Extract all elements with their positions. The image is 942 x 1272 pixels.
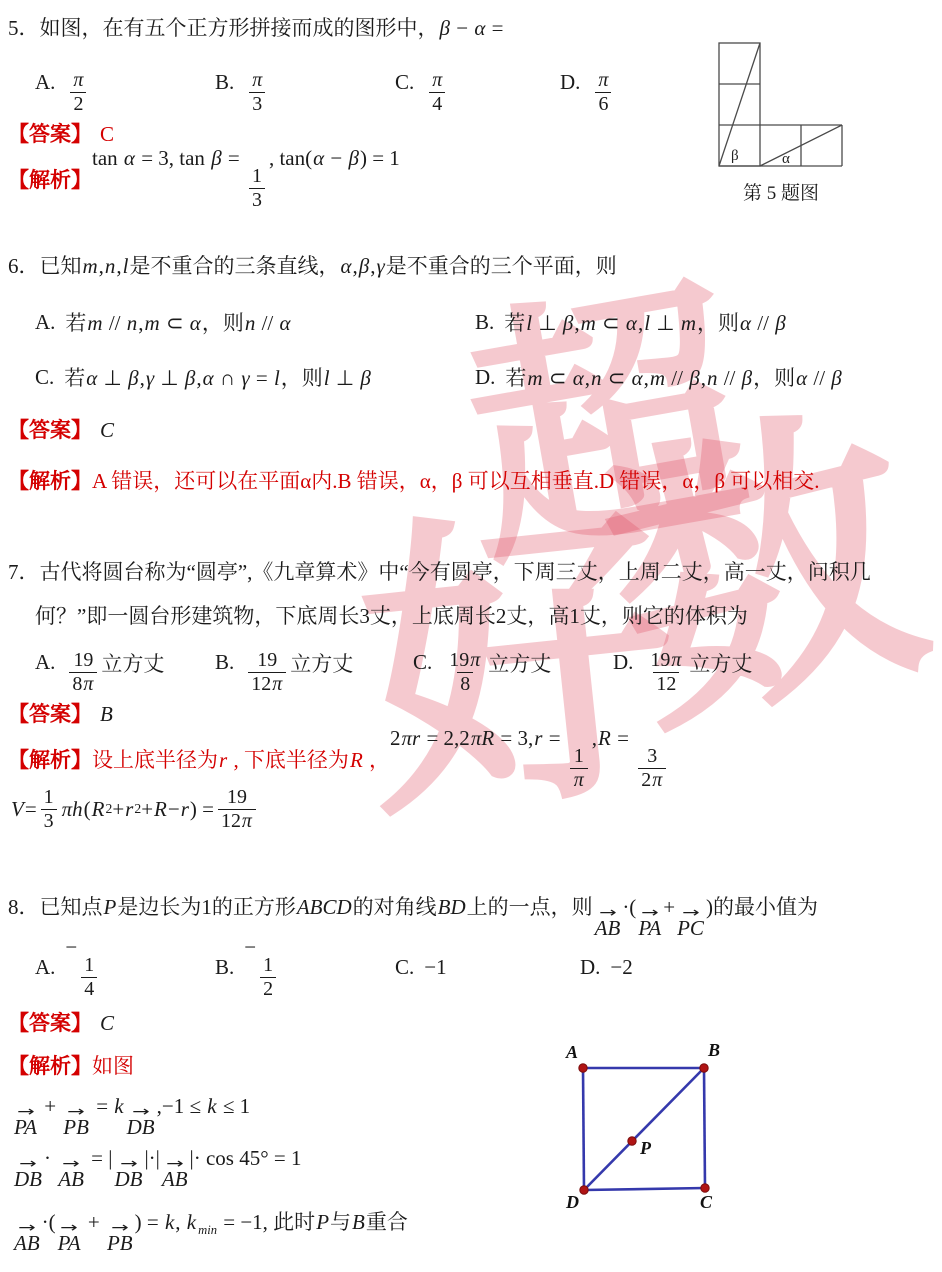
analysis-label: 【解析】 (8, 164, 92, 194)
figure-question-5: β α 第 5 题图 (718, 42, 844, 205)
vertex-d-label: D (565, 1192, 579, 1212)
option-value: 1912π (244, 630, 290, 696)
five-squares-figure: β α (718, 42, 844, 168)
analysis-math: 2πr = 2,2πR = 3,r = 1π,R = 32π (390, 726, 670, 792)
option-letter: C. (35, 365, 54, 390)
option-value: 若m ⊂ α,n ⊂ α,m // β,n // β，则α // β (505, 362, 842, 392)
vertex-b-label: B (707, 1040, 720, 1060)
answer-label: 【答案】 (8, 1011, 92, 1035)
option-letter: D. (475, 365, 495, 390)
answer-letter: C (100, 1011, 114, 1035)
option-6-d: D. 若m ⊂ α,n ⊂ α,m // β,n // β，则α // β (475, 362, 843, 392)
point-p-label: P (639, 1138, 652, 1158)
question-8-equation-3: →AB·(→PA + →PB) = k, kmin = −1, 此时P与B重合 (12, 1206, 408, 1254)
analysis-text: 如图 (92, 1054, 134, 1078)
option-letter: C. (395, 955, 414, 980)
option-7-c: C. 19π8 立方丈 (413, 630, 613, 696)
question-6-analysis: 【解析】A 错误，还可以在平面α内.B 错误，α，β 可以互相垂直.D 错误，α… (8, 465, 820, 495)
option-value: π4 (424, 50, 450, 116)
option-letter: B. (215, 70, 234, 95)
beta-label: β (731, 148, 739, 164)
question-5-analysis: 【解析】 tan α = 3, tan β = 13, tan(α − β) =… (8, 146, 400, 212)
vertex-a-label: A (565, 1042, 578, 1062)
alpha-label: α (782, 151, 790, 167)
analysis-text: A 错误，还可以在平面α内.B 错误，α，β 可以互相垂直.D 错误，α，β 可… (92, 469, 820, 493)
option-value: −14 (65, 935, 101, 1001)
analysis-text: tan α = 3, tan β = 13, tan(α − β) = 1 (92, 146, 400, 212)
option-letter: B. (215, 650, 234, 675)
question-8-equation-1: →PA + →PB = k→DB,−1 ≤ k ≤ 1 (12, 1094, 250, 1138)
option-letter: D. (580, 955, 600, 980)
option-value: π2 (65, 50, 91, 116)
question-8-analysis: 【解析】如图 (8, 1050, 134, 1080)
analysis-label: 【解析】 (8, 1054, 92, 1078)
option-unit: 立方丈 (290, 648, 353, 678)
question-5-stem: 5．如图，在有五个正方形拼接而成的图形中，β − α = (8, 12, 503, 42)
option-5-b: B. π3 (215, 50, 395, 116)
option-letter: A. (35, 955, 55, 980)
option-letter: D. (560, 70, 580, 95)
option-unit: 立方丈 (101, 648, 164, 678)
exam-solutions-page: 超 好 数 5．如图，在有五个正方形拼接而成的图形中，β − α = A. π2… (0, 0, 942, 1272)
option-unit: 立方丈 (488, 648, 551, 678)
question-6-options-row-1: A. 若m // n,m ⊂ α，则n // α B. 若l ⊥ β,m ⊂ α… (35, 307, 787, 337)
option-6-b: B. 若l ⊥ β,m ⊂ α,l ⊥ m，则α // β (475, 307, 787, 337)
question-8-stem: 8．已知点P是边长为1的正方形ABCD的对角线BD上的一点，则→AB·(→PA+… (8, 891, 818, 939)
question-6-options-row-2: C. 若α ⊥ β,γ ⊥ β,α ∩ γ = l，则l ⊥ β D. 若m ⊂… (35, 362, 843, 392)
question-5-answer: 【答案】C (8, 118, 114, 148)
question-7-volume-formula: V = 13πh(R2 + r2 + R − r) = 1912π (10, 786, 260, 833)
option-value: 若m // n,m ⊂ α，则n // α (65, 307, 291, 337)
option-5-a: A. π2 (35, 50, 215, 116)
option-value: −1 (424, 955, 446, 980)
option-value: π6 (590, 50, 616, 116)
analysis-label: 【解析】 (8, 744, 92, 774)
question-8-answer: 【答案】C (8, 1007, 114, 1037)
option-value: −2 (610, 955, 632, 980)
option-8-d: D. −2 (580, 955, 633, 980)
option-letter: A. (35, 70, 55, 95)
option-7-d: D. 19π12 立方丈 (613, 630, 752, 696)
option-6-a: A. 若m // n,m ⊂ α，则n // α (35, 307, 475, 337)
option-unit: 立方丈 (689, 648, 752, 678)
option-value: −12 (244, 935, 280, 1001)
option-8-b: B. −12 (215, 935, 395, 1001)
analysis-label: 【解析】 (8, 469, 92, 493)
option-letter: B. (475, 310, 494, 335)
option-6-c: C. 若α ⊥ β,γ ⊥ β,α ∩ γ = l，则l ⊥ β (35, 362, 475, 392)
option-letter: C. (413, 650, 432, 675)
question-7-stem-line-2: 何？”即一圆台形建筑物，下底周长3丈，上底周长2丈，高1丈，则它的体积为 (35, 600, 748, 630)
question-7-answer: 【答案】B (8, 698, 113, 728)
option-value: 19π8 (442, 630, 488, 696)
option-letter: A. (35, 310, 55, 335)
figure-5-caption: 第 5 题图 (718, 178, 844, 205)
option-letter: A. (35, 650, 55, 675)
question-7-stem-line-1: 7．古代将圆台称为“圆亭”,《九章算术》中“今有圆亭，下周三丈，上周二丈，高一丈… (8, 556, 871, 586)
option-8-c: C. −1 (395, 955, 580, 980)
option-letter: D. (613, 650, 633, 675)
question-7-analysis: 【解析】 设上底半径为r , 下底半径为R ， 2πr = 2,2πR = 3,… (8, 726, 670, 792)
option-letter: C. (395, 70, 414, 95)
option-value: 198π (65, 630, 101, 696)
option-5-c: C. π4 (395, 50, 560, 116)
answer-letter: C (100, 122, 114, 146)
answer-label: 【答案】 (8, 122, 92, 146)
answer-label: 【答案】 (8, 702, 92, 726)
answer-letter: C (100, 418, 114, 442)
figure-question-8: A B C D P (550, 1030, 740, 1226)
option-7-a: A. 198π 立方丈 (35, 630, 215, 696)
question-7-options: A. 198π 立方丈 B. 1912π 立方丈 C. 19π8 立方丈 D. … (35, 630, 752, 696)
option-7-b: B. 1912π 立方丈 (215, 630, 413, 696)
option-letter: B. (215, 955, 234, 980)
square-abcd-figure: A B C D P (550, 1030, 740, 1220)
analysis-setup: 设上底半径为r , 下底半径为R ， (92, 744, 390, 774)
question-5-options: A. π2 B. π3 C. π4 D. π6 (35, 50, 616, 116)
question-6-answer: 【答案】C (8, 414, 114, 444)
option-8-a: A. −14 (35, 935, 215, 1001)
answer-letter: B (100, 702, 113, 726)
option-value: 若α ⊥ β,γ ⊥ β,α ∩ γ = l，则l ⊥ β (64, 362, 372, 392)
question-6-stem: 6．已知m,n,l是不重合的三条直线，α,β,γ是不重合的三个平面，则 (8, 250, 617, 280)
option-value: π3 (244, 50, 270, 116)
question-8-equation-2: →DB· →AB = |→DB|·|→AB|· cos 45° = 1 (12, 1146, 301, 1190)
question-8-options: A. −14 B. −12 C. −1 D. −2 (35, 935, 633, 1001)
vertex-c-label: C (700, 1192, 713, 1212)
answer-label: 【答案】 (8, 418, 92, 442)
option-value: 19π12 (643, 630, 689, 696)
option-value: 若l ⊥ β,m ⊂ α,l ⊥ m，则α // β (504, 307, 786, 337)
option-5-d: D. π6 (560, 50, 616, 116)
